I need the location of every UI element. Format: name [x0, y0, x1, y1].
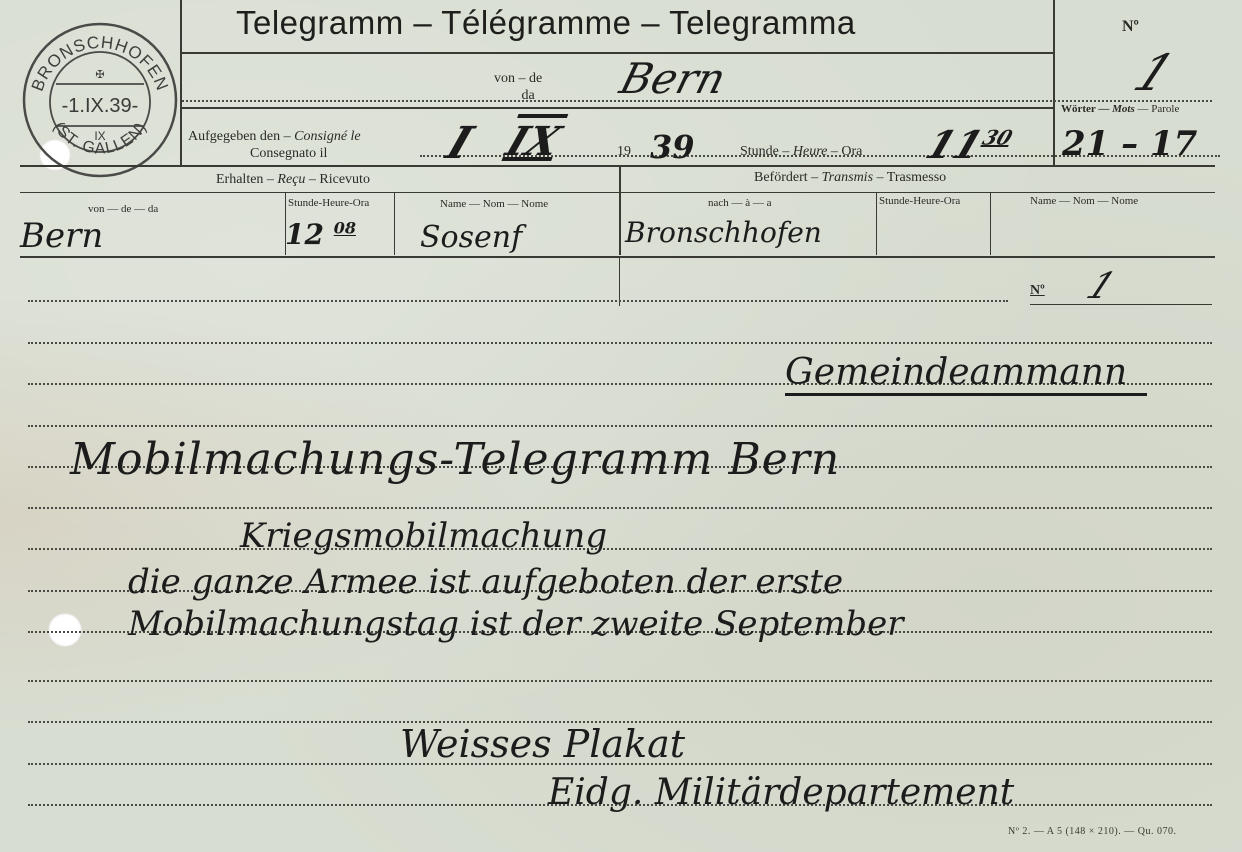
right-column-line — [1053, 0, 1055, 165]
message-line-4: Mobilmachungstag ist der zweite Septembe… — [128, 604, 903, 644]
ruled-line — [28, 425, 1212, 427]
svg-text:✠: ✠ — [95, 68, 104, 81]
postmark-stamp: BRONSCHHOFEN (ST. GALLEN) ✠ -1.IX.39- IX — [22, 22, 178, 178]
consigned-row-line — [20, 165, 1215, 167]
handwritten-recv-name: Sosenf — [420, 220, 522, 255]
handwritten-year: 39 — [650, 128, 695, 166]
handwritten-from: Bern — [615, 54, 731, 103]
title-underline — [182, 52, 1053, 54]
ruled-line — [28, 680, 1212, 682]
words-label: Wörter — Mots — Parole — [1061, 103, 1179, 115]
recv-name-label: Name — Nom — Nome — [440, 198, 548, 210]
received-label: Erhalten – Reçu – Ricevuto — [216, 172, 370, 188]
received-transmitted-divider — [619, 165, 621, 255]
ruled-line — [28, 548, 1212, 550]
recv-from-label: von — de — da — [88, 203, 158, 215]
message-line-3: die ganze Armee ist aufgeboten der erste — [128, 562, 843, 602]
from-label-1: von – de — [494, 71, 542, 86]
recv-hour-label: Stunde-Heure-Ora — [288, 197, 369, 209]
ruled-line — [28, 342, 1212, 344]
form-code: Nº 2. — A 5 (148 × 210). — Qu. 070. — [1008, 826, 1176, 837]
received-row-line — [20, 256, 1215, 258]
handwritten-day: I — [440, 118, 479, 169]
trans-to-label: nach — à — a — [708, 197, 772, 209]
handwritten-recv-hour: 12 08 — [285, 218, 356, 251]
from-row-line — [182, 107, 1053, 109]
handwritten-trans-to: Bronschhofen — [625, 216, 822, 249]
stamp-date: -1.IX.39- — [62, 95, 139, 117]
form-title: Telegramm – Télégramme – Telegramma — [236, 4, 856, 42]
message-addressee: Gemeindeammann — [785, 352, 1147, 396]
inner-number-label: Nº — [1030, 283, 1045, 299]
from-label: von – de da — [494, 70, 542, 104]
consigned-label: Aufgegeben den – Consigné le Consegnato … — [188, 128, 361, 162]
ruled-line — [28, 300, 1008, 302]
number-label: Nº — [1122, 18, 1139, 36]
handwritten-inner-number: 1 — [1080, 266, 1122, 307]
ruled-line — [28, 507, 1212, 509]
handwritten-number: 1 — [1125, 44, 1184, 102]
message-line-1: Mobilmachungs-Telegramm Bern — [70, 434, 840, 485]
svg-text:IX: IX — [94, 129, 105, 143]
transmitted-label: Befördert – Transmis – Trasmesso — [754, 170, 946, 186]
inner-number-line — [1030, 304, 1212, 305]
trans-hour-right — [990, 192, 991, 255]
message-signature-2: Eidg. Militärdepartement — [548, 772, 1014, 813]
hour-label: Stunde – Heure – Ora — [740, 144, 862, 160]
message-line-2: Kriegsmobilmachung — [240, 516, 607, 556]
handwritten-words: 21 – 17 — [1062, 124, 1197, 164]
recv-hour-right — [394, 192, 395, 255]
year-prefix: 19 — [617, 144, 631, 160]
punch-hole-bottom — [48, 613, 82, 647]
trans-name-label: Name — Nom — Nome — [1030, 195, 1138, 207]
section-header-line — [20, 192, 1215, 193]
message-signature-1: Weisses Plakat — [400, 722, 685, 766]
trans-hour-label: Stunde-Heure-Ora — [879, 195, 960, 207]
handwritten-month: IX — [500, 118, 567, 165]
left-frame-line — [180, 0, 182, 165]
handwritten-hour: 1130 — [920, 122, 1017, 167]
handwritten-recv-from: Bern — [20, 216, 103, 256]
inner-number-divider — [619, 256, 620, 306]
trans-hour-left — [876, 192, 877, 255]
from-label-2: da — [522, 88, 535, 103]
